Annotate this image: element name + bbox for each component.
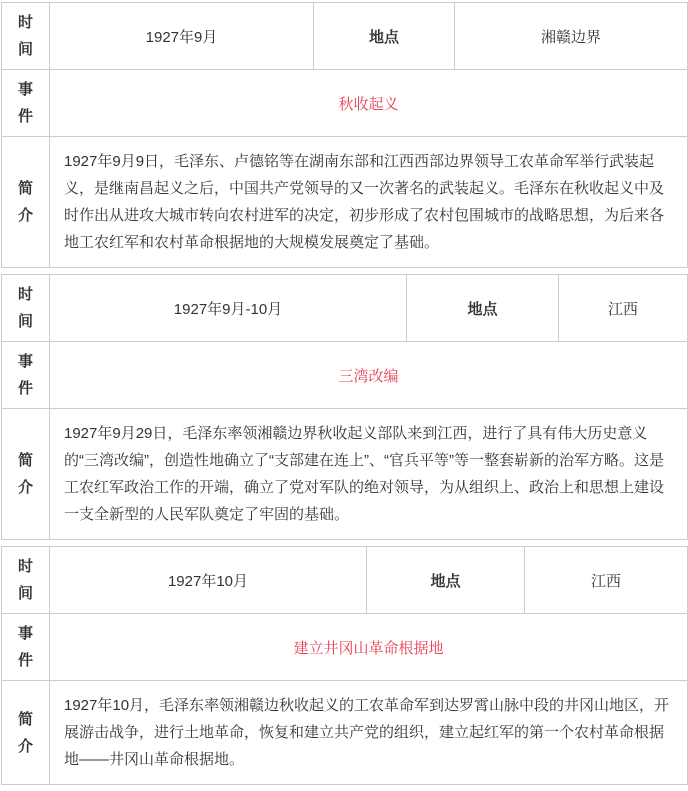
intro-text: 1927年9月29日，毛泽东率领湘赣边界秋收起义部队来到江西，进行了具有伟大历史… — [50, 409, 688, 540]
table-row: 事件 秋收起义 — [2, 70, 688, 137]
table-row: 时间 1927年9月-10月 地点 江西 — [2, 275, 688, 342]
table-row: 时间 1927年9月 地点 湘赣边界 — [2, 3, 688, 70]
intro-text: 1927年9月9日，毛泽东、卢德铭等在湖南东部和江西西部边界领导工农革命军举行武… — [50, 137, 688, 268]
time-label: 时间 — [2, 275, 50, 342]
table-row: 事件 三湾改编 — [2, 342, 688, 409]
event-label: 事件 — [2, 342, 50, 409]
table-row: 事件 建立井冈山革命根据地 — [2, 614, 688, 681]
intro-label: 简介 — [2, 137, 50, 268]
location-label: 地点 — [367, 547, 525, 614]
location-value: 江西 — [525, 547, 688, 614]
table-row: 简介 1927年9月29日，毛泽东率领湘赣边界秋收起义部队来到江西，进行了具有伟… — [2, 409, 688, 540]
location-value: 江西 — [559, 275, 688, 342]
intro-label: 简介 — [2, 681, 50, 785]
event-title: 秋收起义 — [50, 70, 688, 137]
location-label: 地点 — [407, 275, 559, 342]
event-table-2: 时间 1927年9月-10月 地点 江西 事件 三湾改编 简介 1927年9月2… — [1, 274, 688, 540]
event-title: 三湾改编 — [50, 342, 688, 409]
time-label: 时间 — [2, 547, 50, 614]
event-label: 事件 — [2, 614, 50, 681]
intro-label: 简介 — [2, 409, 50, 540]
time-value: 1927年9月-10月 — [50, 275, 407, 342]
intro-text: 1927年10月，毛泽东率领湘赣边秋收起义的工农革命军到达罗霄山脉中段的井冈山地… — [50, 681, 688, 785]
location-value: 湘赣边界 — [455, 3, 688, 70]
table-row: 简介 1927年9月9日，毛泽东、卢德铭等在湖南东部和江西西部边界领导工农革命军… — [2, 137, 688, 268]
location-label: 地点 — [314, 3, 455, 70]
event-label: 事件 — [2, 70, 50, 137]
table-row: 时间 1927年10月 地点 江西 — [2, 547, 688, 614]
time-label: 时间 — [2, 3, 50, 70]
event-table-3: 时间 1927年10月 地点 江西 事件 建立井冈山革命根据地 简介 1927年… — [1, 546, 688, 785]
event-title: 建立井冈山革命根据地 — [50, 614, 688, 681]
event-table-1: 时间 1927年9月 地点 湘赣边界 事件 秋收起义 简介 1927年9月9日，… — [1, 2, 688, 268]
time-value: 1927年10月 — [50, 547, 367, 614]
time-value: 1927年9月 — [50, 3, 314, 70]
event-timeline-page: 时间 1927年9月 地点 湘赣边界 事件 秋收起义 简介 1927年9月9日，… — [0, 0, 688, 785]
table-row: 简介 1927年10月，毛泽东率领湘赣边秋收起义的工农革命军到达罗霄山脉中段的井… — [2, 681, 688, 785]
